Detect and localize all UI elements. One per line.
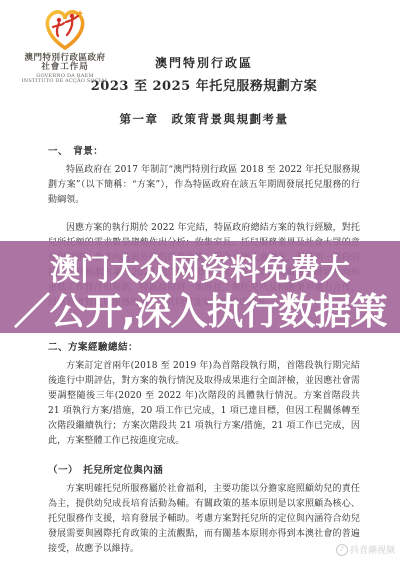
logo-org-name-cn-line2: 社會工作局 [10, 63, 120, 72]
social-welfare-bureau-logo: 澳門特別行政區政府 社會工作局 GOVERNO DA RAEM INSTITUT… [10, 5, 120, 85]
chapter-heading: 第一章 政策背景與規劃考量 [48, 111, 360, 127]
paragraph-background-1: 特區政府在 2017 年制訂“澳門特別行政區 2018 至 2022 年托兒服務… [48, 163, 360, 208]
music-note-icon: ♪ [336, 544, 348, 556]
overlay-banner-text-line2: ／公开,深入执行数据策 [13, 281, 386, 335]
watermark: ♪ 抖音潮视频 [336, 543, 395, 556]
subsection-1-heading: （一） 托兒所定位與內涵 [48, 462, 360, 476]
overlay-banner: 澳门大众网资料免费大 ／公开,深入执行数据策 [0, 241, 400, 333]
watermark-label: 抖音潮视频 [350, 543, 395, 556]
document-page: 澳門特別行政區政府 社會工作局 GOVERNO DA RAEM INSTITUT… [0, 0, 400, 561]
section-2-heading: 二、方案經驗總結： [48, 339, 360, 353]
paragraph-positioning: 方案明確托兒所服務屬於社會福利，主要功能以分擔家庭照顧幼兒的責任為主，提供幼兒成… [48, 482, 360, 557]
section-1-heading: 一、 背景： [48, 143, 360, 157]
paragraph-experience-summary: 方案訂定首兩年(2018 至 2019 年)為首階段執行期，首階段執行期完結後進… [48, 359, 360, 449]
heart-with-dancing-figures-icon [40, 5, 90, 53]
logo-org-name-pt-line2: INSTITUTO DE ACÇÃO SOCIAL [10, 79, 120, 85]
